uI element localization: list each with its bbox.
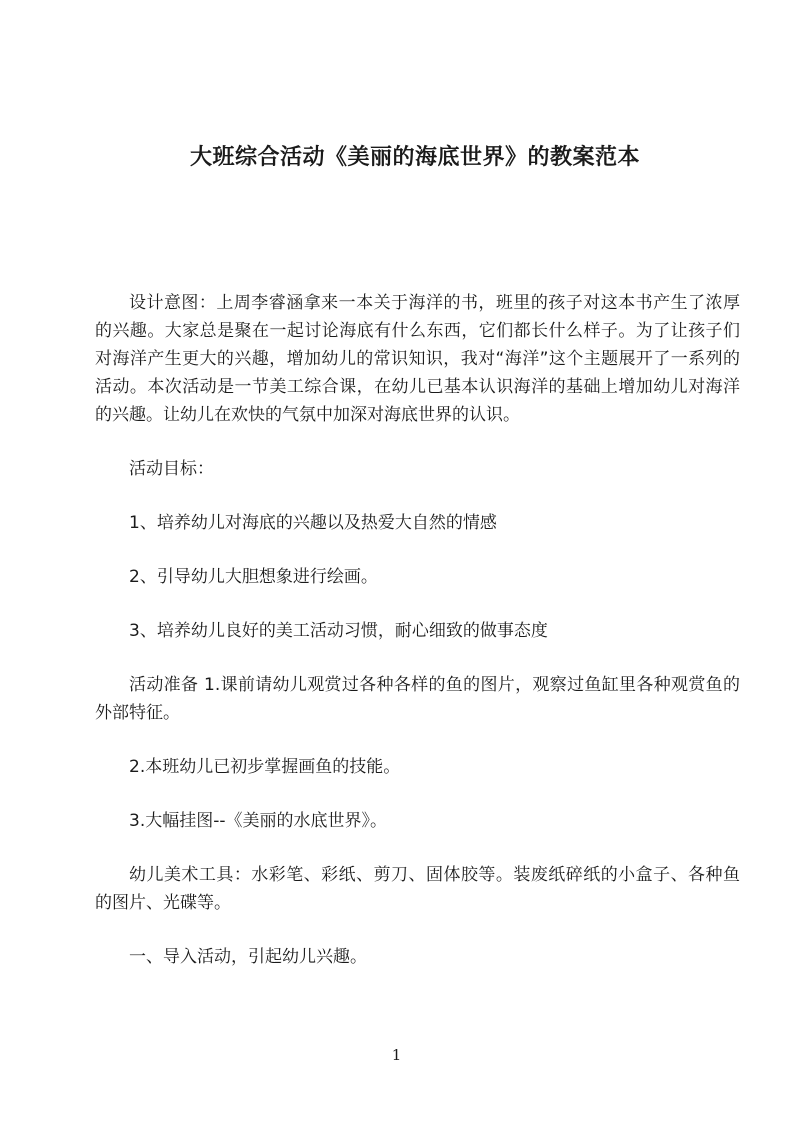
page-number: 1: [0, 1046, 793, 1064]
paragraph-art-tools: 幼儿美术工具：水彩笔、彩纸、剪刀、固体胶等。装废纸碎纸的小盒子、各种鱼的图片、光…: [95, 861, 740, 917]
paragraph-design-intent: 设计意图：上周李睿涵拿来一本关于海洋的书，班里的孩子对这本书产生了浓厚的兴趣。大…: [95, 289, 740, 429]
goal-item-3: 3、培养幼儿良好的美工活动习惯，耐心细致的做事态度: [95, 617, 740, 645]
goal-item-2: 2、引导幼儿大胆想象进行绘画。: [95, 563, 740, 591]
preparation-item-2: 2.本班幼儿已初步掌握画鱼的技能。: [95, 753, 740, 781]
goal-item-1: 1、培养幼儿对海底的兴趣以及热爱大自然的情感: [95, 509, 740, 537]
heading-activity-goals: 活动目标：: [95, 455, 740, 483]
heading-section-one-intro: 一、导入活动，引起幼儿兴趣。: [95, 943, 740, 971]
document-page: 大班综合活动《美丽的海底世界》的教案范本 设计意图：上周李睿涵拿来一本关于海洋的…: [0, 0, 793, 1122]
page-title: 大班综合活动《美丽的海底世界》的教案范本: [95, 143, 735, 173]
document-body: 设计意图：上周李睿涵拿来一本关于海洋的书，班里的孩子对这本书产生了浓厚的兴趣。大…: [95, 289, 740, 971]
preparation-item-3: 3.大幅挂图--《美丽的水底世界》。: [95, 807, 740, 835]
paragraph-activity-preparation: 活动准备 1.课前请幼儿观赏过各种各样的鱼的图片，观察过鱼缸里各种观赏鱼的外部特…: [95, 671, 740, 727]
